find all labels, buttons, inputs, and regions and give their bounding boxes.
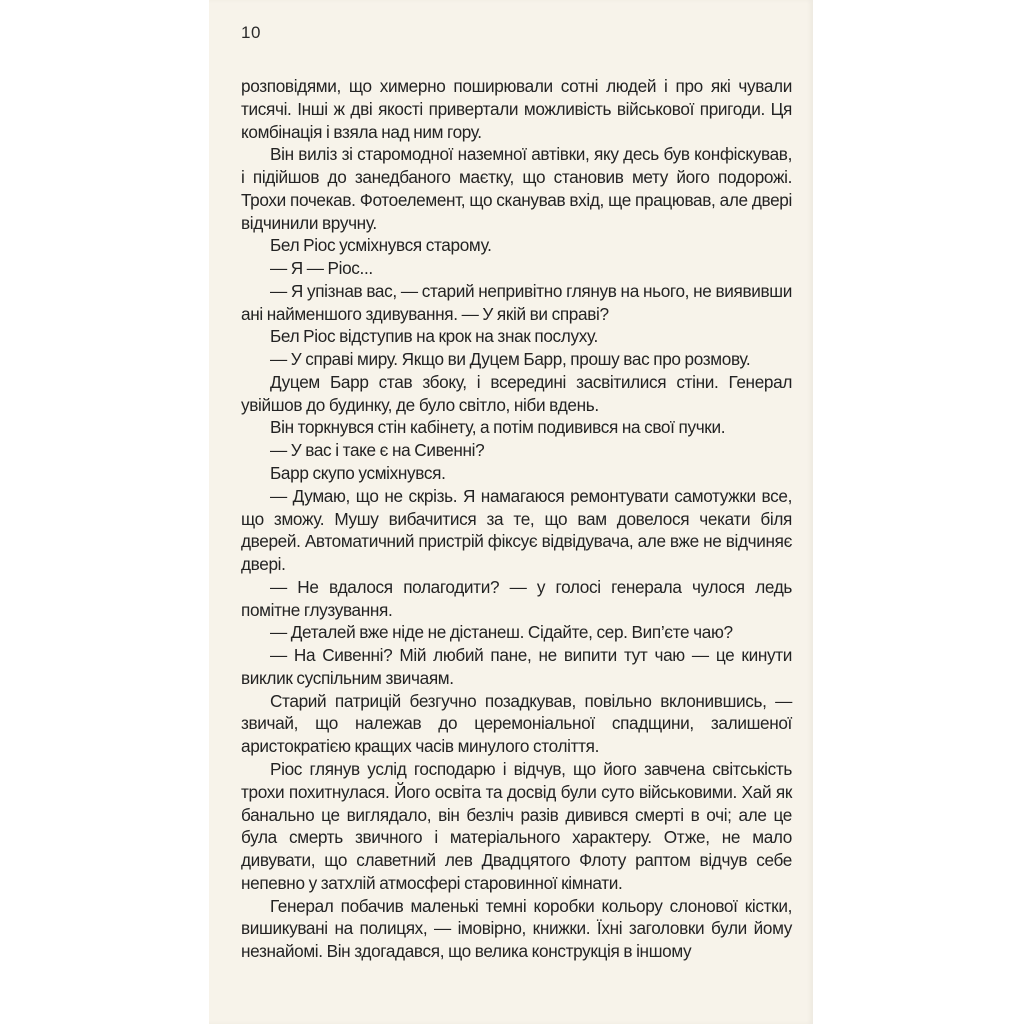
paragraph: Барр скупо усміхнувся. [241,462,792,485]
dialogue-line: — Я упізнав вас, — старий непривітно гля… [241,280,792,326]
paragraph: Бел Ріос відступив на крок на знак послу… [241,325,792,348]
paragraph: Дуцем Барр став збоку, і всередині засві… [241,371,792,417]
dialogue-line: — На Сивенні? Мій любий пане, не випити … [241,644,792,690]
paragraph: Бел Ріос усміхнувся старому. [241,234,792,257]
paragraph: Старий патрицій безгучно позадкував, пов… [241,690,792,758]
paragraph: розповідями, що химерно поширювали сотні… [241,75,792,143]
dialogue-line: — У вас і таке є на Сивенні? [241,439,792,462]
dialogue-line: — Я — Ріос... [241,257,792,280]
book-page: 10 розповідями, що химерно поширювали со… [209,0,813,1024]
dialogue-line: — У справі миру. Якщо ви Дуцем Барр, про… [241,348,792,371]
dialogue-line: — Думаю, що не скрізь. Я намагаюся ремон… [241,485,792,576]
page-number: 10 [241,23,261,43]
paragraph: Ріос глянув услід господарю і відчув, що… [241,758,792,895]
dialogue-line: — Не вдалося полагодити? — у голосі гене… [241,576,792,622]
paragraph: Він торкнувся стін кабінету, а потім под… [241,416,792,439]
dialogue-line: — Деталей вже ніде не дістанеш. Сідайте,… [241,621,792,644]
body-text: розповідями, що химерно поширювали сотні… [241,75,792,963]
paragraph: Генерал побачив маленькі темні коробки к… [241,895,792,963]
paragraph: Він виліз зі старомодної наземної автівк… [241,143,792,234]
